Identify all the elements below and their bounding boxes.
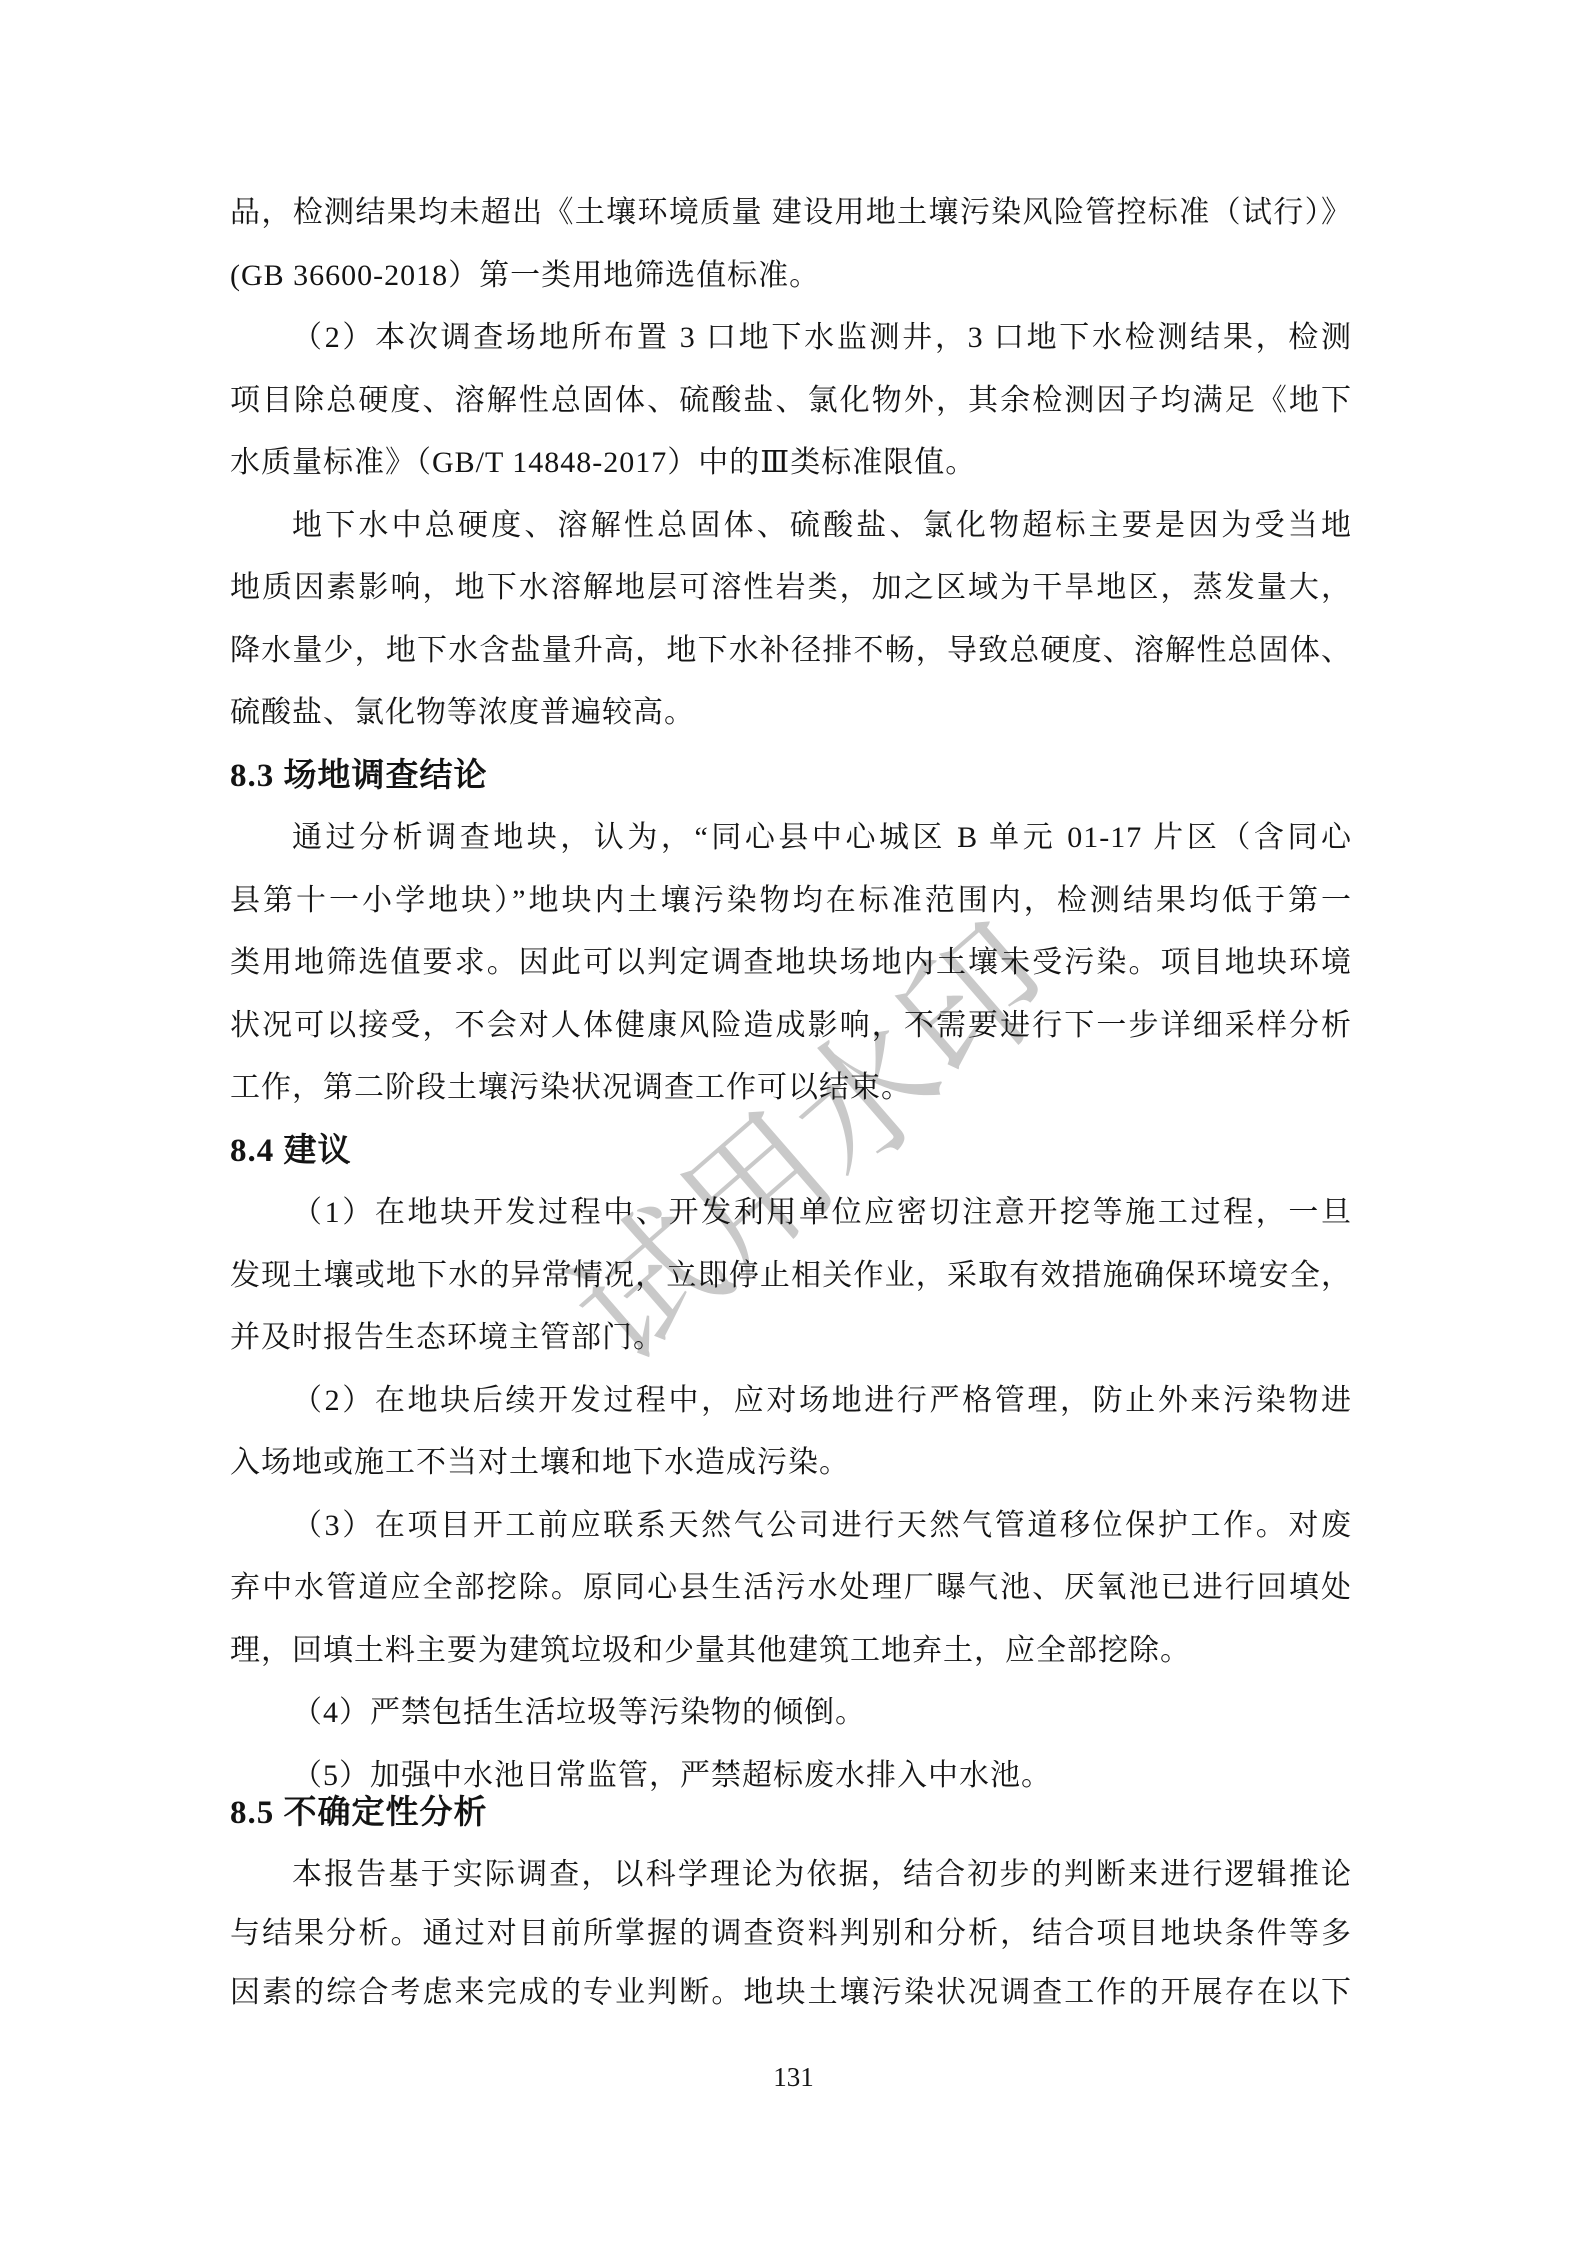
- text-line: 降水量少，地下水含盐量升高，地下水补径排不畅，导致总硬度、溶解性总固体、: [230, 620, 1352, 683]
- text-line: 入场地或施工不当对土壤和地下水造成污染。: [230, 1432, 1352, 1495]
- text-line: 项目除总硬度、溶解性总固体、硫酸盐、氯化物外，其余检测因子均满足《地下: [230, 370, 1352, 433]
- text-line: 硫酸盐、氯化物等浓度普遍较高。: [230, 682, 1352, 745]
- text-line: 弃中水管道应全部挖除。原同心县生活污水处理厂曝气池、厌氧池已进行回填处: [230, 1557, 1352, 1620]
- text-line: （4）严禁包括生活垃圾等污染物的倾倒。: [230, 1682, 1352, 1745]
- text-line: （1）在地块开发过程中、开发利用单位应密切注意开挖等施工过程，一旦: [230, 1182, 1352, 1245]
- text-line: （2）在地块后续开发过程中，应对场地进行严格管理，防止外来污染物进: [230, 1370, 1352, 1433]
- text-line: 与结果分析。通过对目前所掌握的调查资料判别和分析，结合项目地块条件等多: [230, 1904, 1352, 1963]
- text-line: 并及时报告生态环境主管部门。: [230, 1307, 1352, 1370]
- section-heading: 8.4 建议: [230, 1120, 1352, 1183]
- text-line: 工作，第二阶段土壤污染状况调查工作可以结束。: [230, 1057, 1352, 1120]
- text-line: 类用地筛选值要求。因此可以判定调查地块场地内土壤未受污染。项目地块环境: [230, 932, 1352, 995]
- text-line: 通过分析调查地块，认为，“同心县中心城区 B 单元 01-17 片区（含同心: [230, 807, 1352, 870]
- page-number: 131: [0, 2062, 1587, 2093]
- text-line: 本报告基于实际调查，以科学理论为依据，结合初步的判断来进行逻辑推论: [230, 1845, 1352, 1904]
- text-line: （2）本次调查场地所布置 3 口地下水监测井，3 口地下水检测结果，检测: [230, 307, 1352, 370]
- text-line: 因素的综合考虑来完成的专业判断。地块土壤污染状况调查工作的开展存在以下: [230, 1963, 1352, 2022]
- section-heading: 8.3 场地调查结论: [230, 745, 1352, 808]
- text-line: 水质量标准》（GB/T 14848-2017）中的Ⅲ类标准限值。: [230, 432, 1352, 495]
- text-line: （3）在项目开工前应联系天然气公司进行天然气管道移位保护工作。对废: [230, 1495, 1352, 1558]
- text-line: 发现土壤或地下水的异常情况，立即停止相关作业，采取有效措施确保环境安全，: [230, 1245, 1352, 1308]
- text-line: (GB 36600-2018）第一类用地筛选值标准。: [230, 245, 1352, 308]
- text-block: 品，检测结果均未超出《土壤环境质量 建设用地土壤污染风险管控标准（试行）》(GB…: [230, 0, 1352, 2022]
- text-line: 理，回填土料主要为建筑垃圾和少量其他建筑工地弃土，应全部挖除。: [230, 1620, 1352, 1683]
- document-page: 试用水印 品，检测结果均未超出《土壤环境质量 建设用地土壤污染风险管控标准（试行…: [0, 0, 1587, 2245]
- text-line: 品，检测结果均未超出《土壤环境质量 建设用地土壤污染风险管控标准（试行）》: [230, 182, 1352, 245]
- text-line: 状况可以接受，不会对人体健康风险造成影响，不需要进行下一步详细采样分析: [230, 995, 1352, 1058]
- text-line: 地质因素影响，地下水溶解地层可溶性岩类，加之区域为干旱地区，蒸发量大，: [230, 557, 1352, 620]
- text-line: 地下水中总硬度、溶解性总固体、硫酸盐、氯化物超标主要是因为受当地: [230, 495, 1352, 558]
- text-line: 县第十一小学地块）”地块内土壤污染物均在标准范围内，检测结果均低于第一: [230, 870, 1352, 933]
